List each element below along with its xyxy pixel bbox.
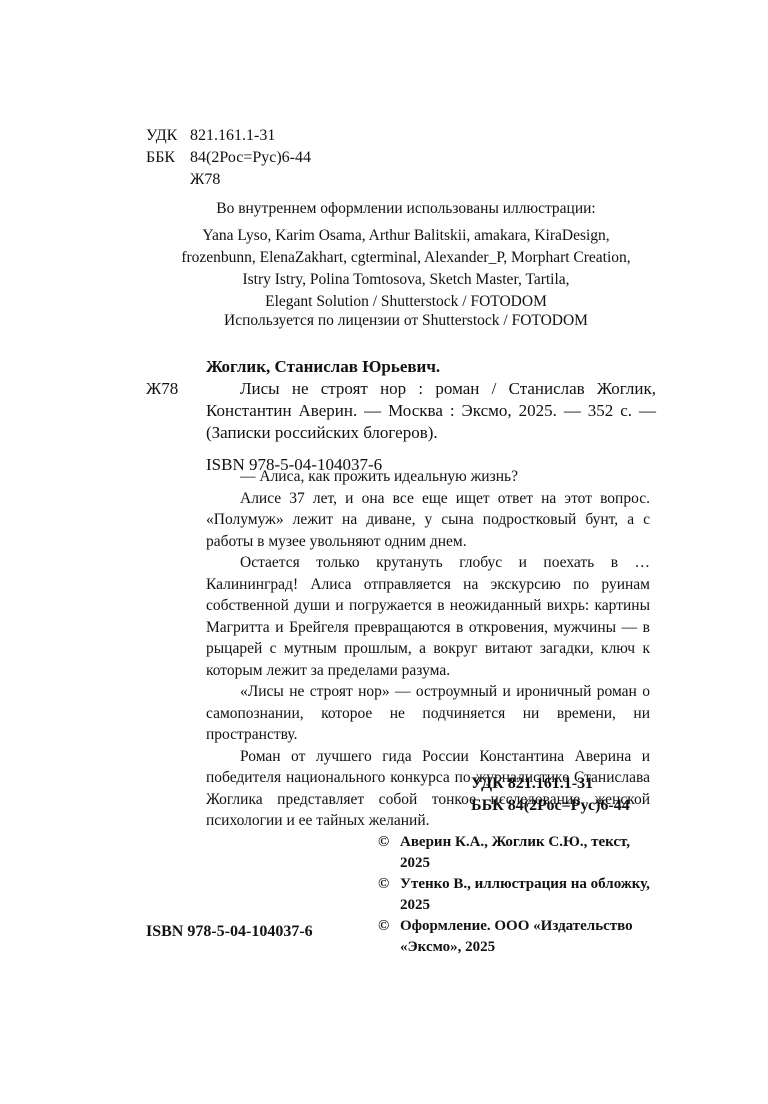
copyright-line: © Аверин К.А., Жоглик С.Ю., текст, 2025 xyxy=(378,832,658,874)
copyright-text: Оформление. ООО «Издательство «Эксмо», 2… xyxy=(400,916,658,958)
isbn-bottom: ISBN 978-5-04-104037-6 xyxy=(146,923,313,941)
annotation-paragraph: — Алиса, как прожить идеальную жизнь? xyxy=(206,466,650,488)
card-code: Ж78 xyxy=(146,378,206,444)
bbk-row: ББК 84(2Рос=Рус)6-44 xyxy=(146,147,311,169)
illustrations-heading: Во внутреннем оформлении использованы ил… xyxy=(146,200,666,218)
copyright-text: Утенко В., иллюстрация на обложку, 2025 xyxy=(400,874,658,916)
author-sign-row: Ж78 xyxy=(146,169,311,191)
credit-line: Istry Istry, Polina Tomtosova, Sketch Ma… xyxy=(146,269,666,291)
illustrations-credits: Yana Lyso, Karim Osama, Arthur Balitskii… xyxy=(146,225,666,313)
credit-line: frozenbunn, ElenaZakhart, cgterminal, Al… xyxy=(146,247,666,269)
udk-row: УДК 821.161.1-31 xyxy=(146,125,311,147)
card-author: Жоглик, Станислав Юрьевич. xyxy=(146,356,656,378)
classification-codes: УДК 821.161.1-31 ББК 84(2Рос=Рус)6-44 Ж7… xyxy=(146,125,311,191)
credit-line: Yana Lyso, Karim Osama, Arthur Balitskii… xyxy=(146,225,666,247)
annotation-paragraph: Алисе 37 лет, и она все еще ищет ответ н… xyxy=(206,488,650,553)
credit-line: Elegant Solution / Shutterstock / FOTODO… xyxy=(146,291,666,313)
catalog-card: Жоглик, Станислав Юрьевич. Ж78 Лисы не с… xyxy=(146,356,656,476)
author-sign: Ж78 xyxy=(190,169,220,191)
card-description: Лисы не строят нор : роман / Станислав Ж… xyxy=(206,378,656,444)
bbk-value: 84(2Рос=Рус)6-44 xyxy=(190,147,311,169)
bottom-classification: УДК 821.161.1-31 ББК 84(2Рос=Рус)6-44 xyxy=(471,773,630,817)
copyright-icon: © xyxy=(378,916,400,958)
bottom-udk: УДК 821.161.1-31 xyxy=(471,773,630,795)
copyright-line: © Оформление. ООО «Издательство «Эксмо»,… xyxy=(378,916,658,958)
copyright-line: © Утенко В., иллюстрация на обложку, 202… xyxy=(378,874,658,916)
annotation-paragraph: «Лисы не строят нор» — остроумный и ирон… xyxy=(206,681,650,746)
copyright-icon: © xyxy=(378,832,400,874)
license-note: Используется по лицензии от Shutterstock… xyxy=(146,312,666,330)
annotation-paragraph: Остается только крутануть глобус и поеха… xyxy=(206,552,650,681)
bbk-label: ББК xyxy=(146,147,190,169)
copyright-text: Аверин К.А., Жоглик С.Ю., текст, 2025 xyxy=(400,832,658,874)
udk-label: УДК xyxy=(146,125,190,147)
copyright-block: © Аверин К.А., Жоглик С.Ю., текст, 2025 … xyxy=(378,832,658,958)
udk-value: 821.161.1-31 xyxy=(190,125,275,147)
bottom-bbk: ББК 84(2Рос=Рус)6-44 xyxy=(471,795,630,817)
copyright-icon: © xyxy=(378,874,400,916)
